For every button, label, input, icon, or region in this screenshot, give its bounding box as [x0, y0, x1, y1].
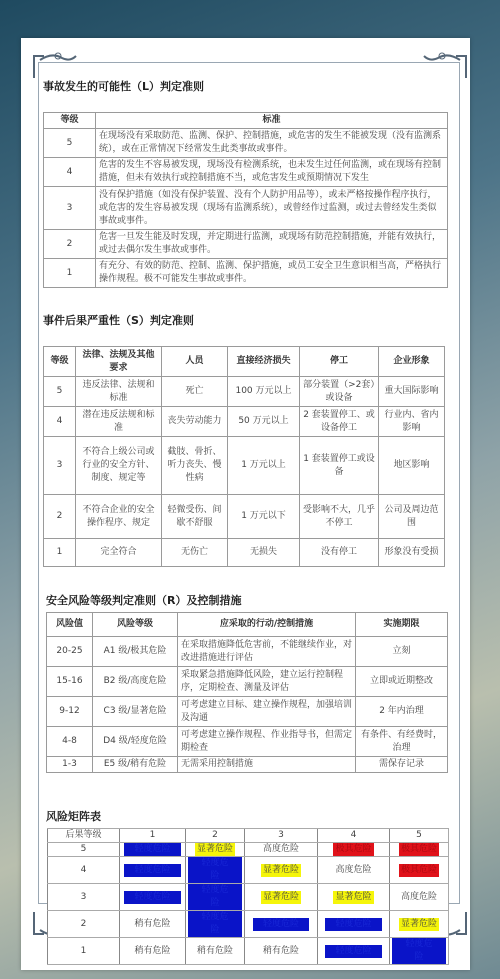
table-row: 4危害的发生不容易被发现，现场没有检测系统，也未发生过任何监测，或在现场有控制措… — [44, 158, 448, 187]
matrix-row: 2稍有危险轻度危险轻度危险轻度危险显著危险 — [48, 911, 449, 938]
column-header: 5 — [390, 829, 449, 843]
matrix-cell: 轻度危险 — [120, 843, 186, 857]
column-header: 风险值 — [47, 613, 93, 637]
matrix-cell: 轻度危险 — [245, 911, 318, 938]
table-row: 1有充分、有效的防范、控制、监测、保护措施，或员工安全卫生意识相当高，严格执行操… — [44, 259, 448, 288]
risk-tag-red: 极其危险 — [399, 843, 439, 856]
risk-tag-blue: 轻度危险 — [188, 857, 242, 883]
table-row: 3没有保护措施（如没有保护装置、没有个人防护用品等），或未严格按操作程序执行，或… — [44, 187, 448, 230]
matrix-cell: 轻度危险 — [318, 938, 390, 965]
column-header: 4 — [318, 829, 390, 843]
matrix-cell: 轻度危险 — [390, 938, 449, 965]
risk-tag-none: 稍有危险 — [261, 945, 301, 958]
matrix-cell: 显著危险 — [318, 884, 390, 911]
table-row: 1完全符合无伤亡无损失没有停工形象没有受损 — [44, 539, 445, 567]
matrix-cell: 轻度危险 — [120, 884, 186, 911]
matrix-row: 4轻度危险轻度危险显著危险高度危险极其危险 — [48, 857, 449, 884]
severity-table: 等级 法律、法规及其他要求 人员 直接经济损失 停工 企业形象 5违反法律、法规… — [43, 346, 445, 567]
matrix-cell: 稍有危险 — [245, 938, 318, 965]
risk-tag-blue: 轻度危险 — [124, 843, 180, 856]
risk-tag-yellow: 显著危险 — [399, 918, 439, 931]
matrix-cell: 轻度危险 — [120, 857, 186, 884]
risk-tag-blue: 轻度危险 — [188, 884, 242, 910]
table-row: 2不符合企业的安全操作程序、规定轻微受伤、间歇不舒服1 万元以下受影响不大，几乎… — [44, 495, 445, 539]
column-header: 人员 — [162, 347, 228, 377]
column-header: 应采取的行动/控制措施 — [178, 613, 356, 637]
risk-level-table: 风险值 风险等级 应采取的行动/控制措施 实施期限 20-25A1 级/极其危险… — [46, 612, 448, 773]
column-header: 标准 — [96, 113, 448, 129]
column-header: 等级 — [44, 347, 76, 377]
risk-tag-blue: 轻度危险 — [325, 945, 381, 958]
risk-tag-none: 稍有危险 — [132, 945, 172, 958]
risk-tag-red: 极其危险 — [399, 864, 439, 877]
severity-level-label: 3 — [48, 884, 120, 911]
matrix-cell: 极其危险 — [390, 843, 449, 857]
severity-title: 事件后果严重性（S）判定准则 — [43, 312, 194, 328]
column-header: 风险等级 — [93, 613, 178, 637]
risk-level-title: 安全风险等级判定准则（R）及控制措施 — [46, 592, 241, 608]
column-header: 1 — [120, 829, 186, 843]
column-header: 实施期限 — [356, 613, 448, 637]
column-header: 2 — [186, 829, 245, 843]
table-row: 3不符合上级公司或行业的安全方针、制度、规定等截肢、骨折、听力丧失、慢性病1 万… — [44, 437, 445, 495]
risk-tag-none: 稍有危险 — [132, 918, 172, 931]
table-row: 20-25A1 级/极其危险在采取措施降低危害前，不能继续作业，对改进措施进行评… — [47, 637, 448, 667]
matrix-cell: 轻度危险 — [186, 857, 245, 884]
matrix-row: 5轻度危险显著危险高度危险极其危险极其危险 — [48, 843, 449, 857]
corner-ornament-icon — [418, 50, 468, 80]
matrix-cell: 稍有危险 — [120, 938, 186, 965]
matrix-cell: 轻度危险 — [318, 911, 390, 938]
matrix-cell: 极其危险 — [318, 843, 390, 857]
matrix-cell: 高度危险 — [390, 884, 449, 911]
risk-tag-yellow: 显著危险 — [261, 864, 301, 877]
column-header: 法律、法规及其他要求 — [76, 347, 162, 377]
risk-tag-none: 高度危险 — [333, 864, 373, 877]
likelihood-table: 等级 标准 5在现场没有采取防范、监测、保护、控制措施，或危害的发生不能被发现（… — [43, 112, 448, 288]
risk-tag-red: 极其危险 — [333, 843, 373, 856]
matrix-cell: 轻度危险 — [186, 911, 245, 938]
risk-tag-yellow: 显著危险 — [333, 891, 373, 904]
risk-tag-none: 高度危险 — [399, 891, 439, 904]
risk-tag-blue: 轻度危险 — [124, 864, 180, 877]
column-header: 企业形象 — [379, 347, 445, 377]
column-header: 后果等级 — [48, 829, 120, 843]
risk-tag-yellow: 显著危险 — [195, 843, 235, 856]
table-row: 15-16B2 级/高度危险采取紧急措施降低风险，建立运行控制程序，定期检查、测… — [47, 667, 448, 697]
table-row: 1-3E5 级/稍有危险无需采用控制措施需保存记录 — [47, 757, 448, 773]
column-header: 3 — [245, 829, 318, 843]
matrix-cell: 轻度危险 — [186, 884, 245, 911]
matrix-header-row: 后果等级12345 — [48, 829, 449, 843]
severity-level-label: 5 — [48, 843, 120, 857]
risk-matrix-table: 后果等级123455轻度危险显著危险高度危险极其危险极其危险4轻度危险轻度危险显… — [47, 828, 449, 965]
matrix-title: 风险矩阵表 — [46, 808, 101, 824]
corner-ornament-icon — [32, 50, 82, 80]
risk-tag-none: 高度危险 — [261, 843, 301, 856]
column-header: 直接经济损失 — [228, 347, 300, 377]
column-header: 停工 — [300, 347, 379, 377]
column-header: 等级 — [44, 113, 96, 129]
table-row: 5在现场没有采取防范、监测、保护、控制措施，或危害的发生不能被发现（没有监测系统… — [44, 129, 448, 158]
severity-level-label: 4 — [48, 857, 120, 884]
likelihood-title: 事故发生的可能性（L）判定准则 — [43, 78, 204, 94]
table-row: 4-8D4 级/轻度危险可考虑建立操作规程、作业指导书，但需定期检查有条件、有经… — [47, 727, 448, 757]
risk-tag-none: 稍有危险 — [195, 945, 235, 958]
matrix-row: 1稍有危险稍有危险稍有危险轻度危险轻度危险 — [48, 938, 449, 965]
matrix-cell: 极其危险 — [390, 857, 449, 884]
table-row: 5违反法律、法规和标准死亡100 万元以上部分装置（>2套）或设备重大国际影响 — [44, 377, 445, 407]
table-row: 4潜在违反法规和标准丧失劳动能力50 万元以上2 套装置停工、或设备停工行业内、… — [44, 407, 445, 437]
risk-tag-yellow: 显著危险 — [261, 891, 301, 904]
matrix-cell: 显著危险 — [390, 911, 449, 938]
matrix-cell: 高度危险 — [245, 843, 318, 857]
matrix-cell: 稍有危险 — [186, 938, 245, 965]
matrix-cell: 显著危险 — [245, 857, 318, 884]
table-row: 9-12C3 级/显著危险可考虑建立目标、建立操作规程，加强培训及沟通2 年内治… — [47, 697, 448, 727]
risk-tag-blue: 轻度危险 — [392, 938, 446, 964]
risk-tag-blue: 轻度危险 — [124, 891, 180, 904]
matrix-cell: 高度危险 — [318, 857, 390, 884]
table-row: 2危害一旦发生能及时发现，并定期进行监测，或现场有防范控制措施，并能有效执行，或… — [44, 230, 448, 259]
risk-tag-blue: 轻度危险 — [325, 918, 381, 931]
risk-tag-blue: 轻度危险 — [253, 918, 309, 931]
matrix-cell: 稍有危险 — [120, 911, 186, 938]
matrix-cell: 显著危险 — [245, 884, 318, 911]
severity-level-label: 2 — [48, 911, 120, 938]
risk-tag-blue: 轻度危险 — [188, 911, 242, 937]
severity-level-label: 1 — [48, 938, 120, 965]
matrix-cell: 显著危险 — [186, 843, 245, 857]
matrix-row: 3轻度危险轻度危险显著危险显著危险高度危险 — [48, 884, 449, 911]
